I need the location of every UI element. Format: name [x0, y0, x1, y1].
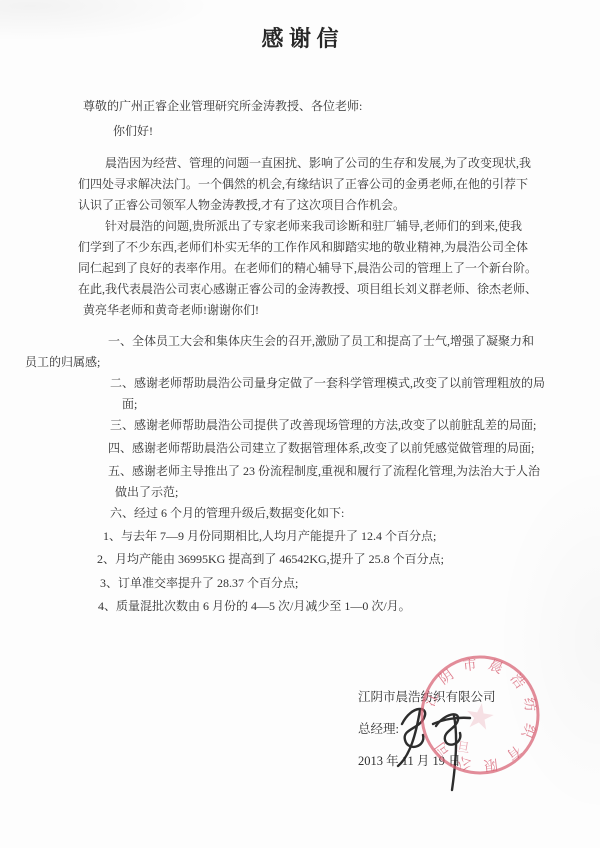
letter-title: 感 谢 信	[0, 24, 600, 54]
letter-line: 二、感谢老师帮助晨浩公司量身定做了一套科学管理模式,改变了以前管理粗放的局	[110, 373, 600, 394]
letter-line: 六、经过 6 个月的管理升级后,数据变化如下:	[110, 503, 600, 524]
letter-line: 一、全体员工大会和集体庆生会的召开,激励了员工和提高了士气,增强了凝聚力和	[108, 331, 600, 352]
letter-line: 同仁起到了良好的表率作用。在老师们的精心辅导下,晨浩公司的管理上了一个新台阶。	[78, 258, 600, 279]
letter-line: 面;	[122, 394, 600, 415]
letter-line: 3、订单准交率提升了 28.37 个百分点;	[100, 573, 600, 594]
letter-line: 1、与去年 7—9 月份同期相比,人均月产能提升了 12.4 个百分点;	[103, 526, 600, 547]
letter-page: 感 谢 信 尊敬的广州正睿企业管理研究所金涛教授、各位老师: 你们好! 晨浩因为…	[0, 0, 600, 848]
general-manager-signature	[386, 696, 490, 794]
letter-line: 五、感谢老师主导推出了 23 份流程制度,重视和履行了流程化管理,为法治大于人治	[108, 461, 600, 482]
signature-date: 2013 年 11 月 19 日	[358, 751, 600, 772]
letter-line: 做出了示范;	[115, 482, 600, 503]
letter-line: 员工的归属感;	[25, 352, 600, 373]
letter-line: 2、月均产能由 36995KG 提高到了 46542KG,提升了 25.8 个百…	[97, 549, 600, 570]
letter-line: 晨浩因为经营、管理的问题一直困扰、影响了公司的生存和发展,为了改变现状,我	[105, 153, 600, 174]
greeting-line: 你们好!	[113, 121, 600, 142]
letter-line: 针对晨浩的问题,贵所派出了专家老师来我司诊断和驻厂辅导,老师们的到来,使我	[105, 216, 600, 237]
signature-company: 江阴市晨浩纺织有限公司	[358, 687, 600, 708]
letter-line: 三、感谢老师帮助晨浩公司提供了改善现场管理的方法,改变了以前脏乱差的局面;	[110, 415, 600, 436]
letter-line: 四、感谢老师帮助晨浩公司建立了数据管理体系,改变了以前凭感觉做管理的局面;	[108, 438, 600, 459]
signature-role-label: 总经理:	[358, 719, 600, 740]
salutation-line: 尊敬的广州正睿企业管理研究所金涛教授、各位老师:	[83, 96, 600, 117]
letter-line: 在此,我代表晨浩公司衷心感谢正睿公司的金涛教授、项目组长刘义群老师、徐杰老师、	[78, 279, 600, 300]
letter-line: 黄亮华老师和黄奇老师!谢谢你们!	[83, 300, 600, 321]
letter-line: 们学到了不少东西,老师们朴实无华的工作作风和脚踏实地的敬业精神,为晨浩公司全体	[78, 237, 600, 258]
letter-line: 4、质量混批次数由 6 月份的 4—5 次/月减少至 1—0 次/月。	[98, 596, 600, 617]
letter-line: 认识了正睿公司领军人物金涛教授,才有了这次项目合作机会。	[78, 195, 600, 216]
letter-line: 们四处寻求解决法门。一个偶然的机会,有缘结识了正睿公司的金勇老师,在他的引荐下	[78, 174, 600, 195]
